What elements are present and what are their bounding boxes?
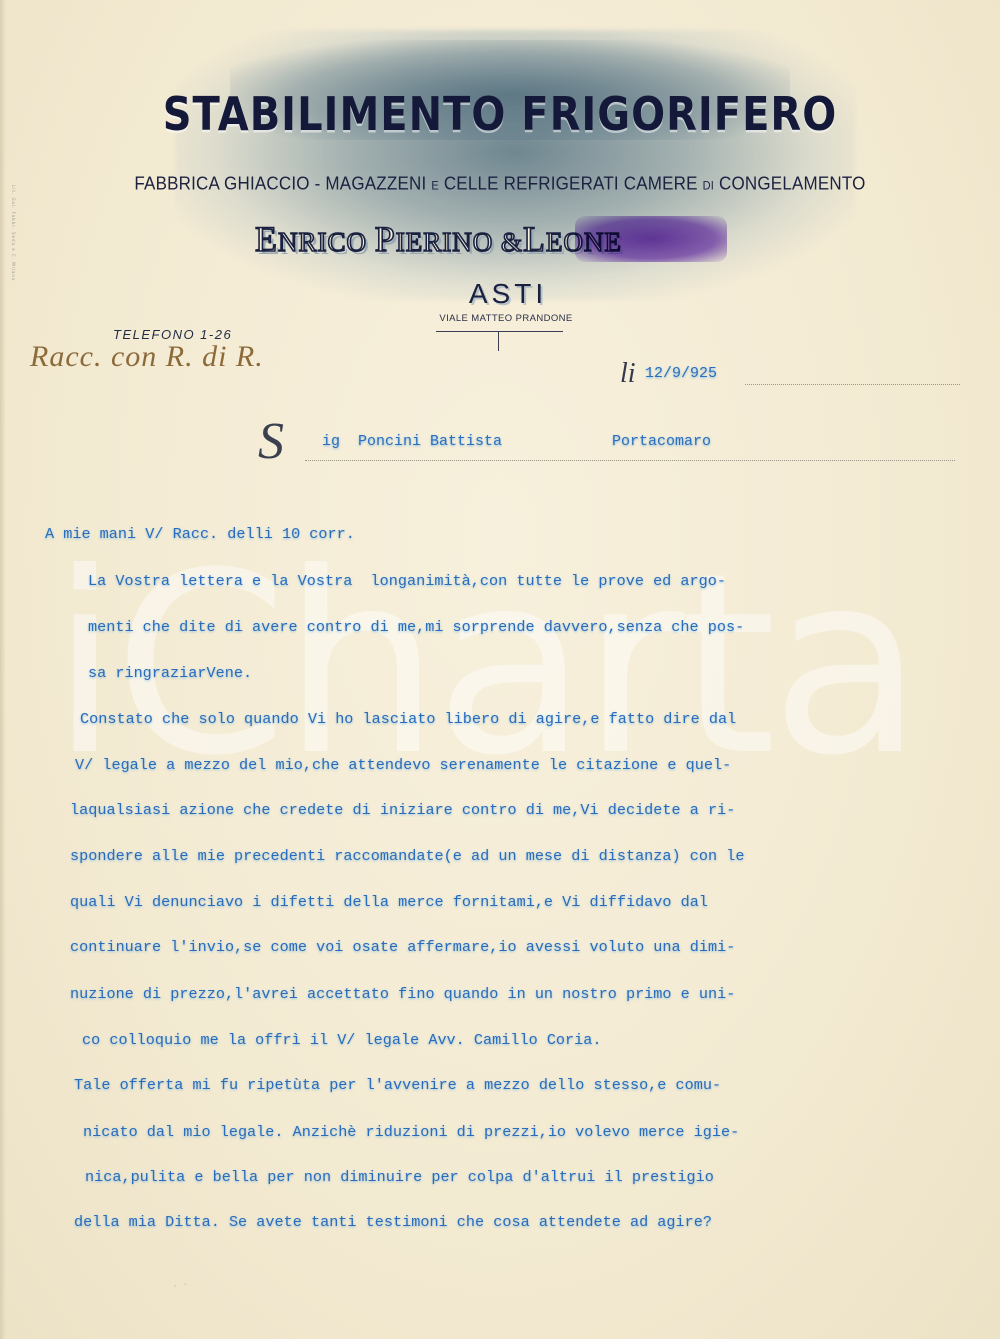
addressee-prefix-suffix: ig [322,433,340,450]
company-name: ENRICO PIERINO &LEONE [255,218,622,268]
body-line: menti che dite di avere contro di me,mi … [88,618,744,636]
letterhead-city: ASTI [0,278,1000,310]
letter-date: 12/9/925 [645,365,717,382]
addressee-city: Portacomaro [612,433,711,450]
body-line: V/ legale a mezzo del mio,che attendevo … [75,756,731,774]
body-line: La Vostra lettera e la Vostra longanimit… [88,572,726,590]
company-initial: E [255,219,278,259]
faint-pencil-mark: · · [171,1274,190,1297]
letterhead-subtitle: FABBRICA GHIACCIO - MAGAZZENI E CELLE RE… [0,173,1000,195]
addressee-dotted-line [305,460,955,461]
addressee-prefix-initial: S [258,413,284,470]
letterhead-title: STABILIMENTO FRIGORIFERO [0,89,1000,142]
company-initial: P [375,219,396,259]
body-line: sa ringraziarVene. [88,664,252,682]
letterhead-divider [436,331,563,332]
addressee-prefix: S [258,412,284,471]
body-line: A mie mani V/ Racc. delli 10 corr. [45,525,355,543]
purple-ink-stamp [575,216,727,262]
date-dotted-line [745,384,960,385]
company-ampersand: & [501,227,523,257]
body-line: Constato che solo quando Vi ho lasciato … [80,710,736,728]
subtitle-part: CELLE REFRIGERATI CAMERE [444,173,698,194]
body-line: nica,pulita e bella per non diminuire pe… [85,1168,714,1186]
body-line: nuzione di prezzo,l'avrei accettato fino… [70,985,735,1003]
subtitle-part: E [431,180,439,193]
subtitle-part: CONGELAMENTO [719,173,866,194]
body-line: continuare l'invio,se come voi osate aff… [70,938,735,956]
letterhead-street: VIALE MATTEO PRANDONE [0,313,1000,324]
letterhead-divider-stem [498,331,499,351]
company-part: IERINO [396,227,501,257]
date-prefix: li [620,358,636,390]
body-line: co colloquio me la offrì il V/ legale Av… [82,1031,602,1049]
addressee-name: ig Poncini Battista [322,433,502,450]
body-line: nicato dal mio legale. Anzichè riduzioni… [83,1123,739,1141]
body-line: quali Vi denunciavo i difetti della merc… [70,893,708,911]
body-line: spondere alle mie precedenti raccomandat… [70,847,744,865]
addressee-name-text: Poncini Battista [358,433,502,450]
handwritten-note: Racc. con R. di R. [30,340,264,374]
company-initial: L [523,219,546,259]
subtitle-part: FABBRICA GHIACCIO - MAGAZZENI [134,173,426,194]
body-line: laqualsiasi azione che credete di inizia… [70,801,735,819]
company-part: NRICO [278,227,375,257]
subtitle-part: DI [703,180,714,193]
body-line: della mia Ditta. Se avete tanti testimon… [74,1213,712,1231]
body-line: Tale offerta mi fu ripetùta per l'avveni… [74,1076,721,1094]
